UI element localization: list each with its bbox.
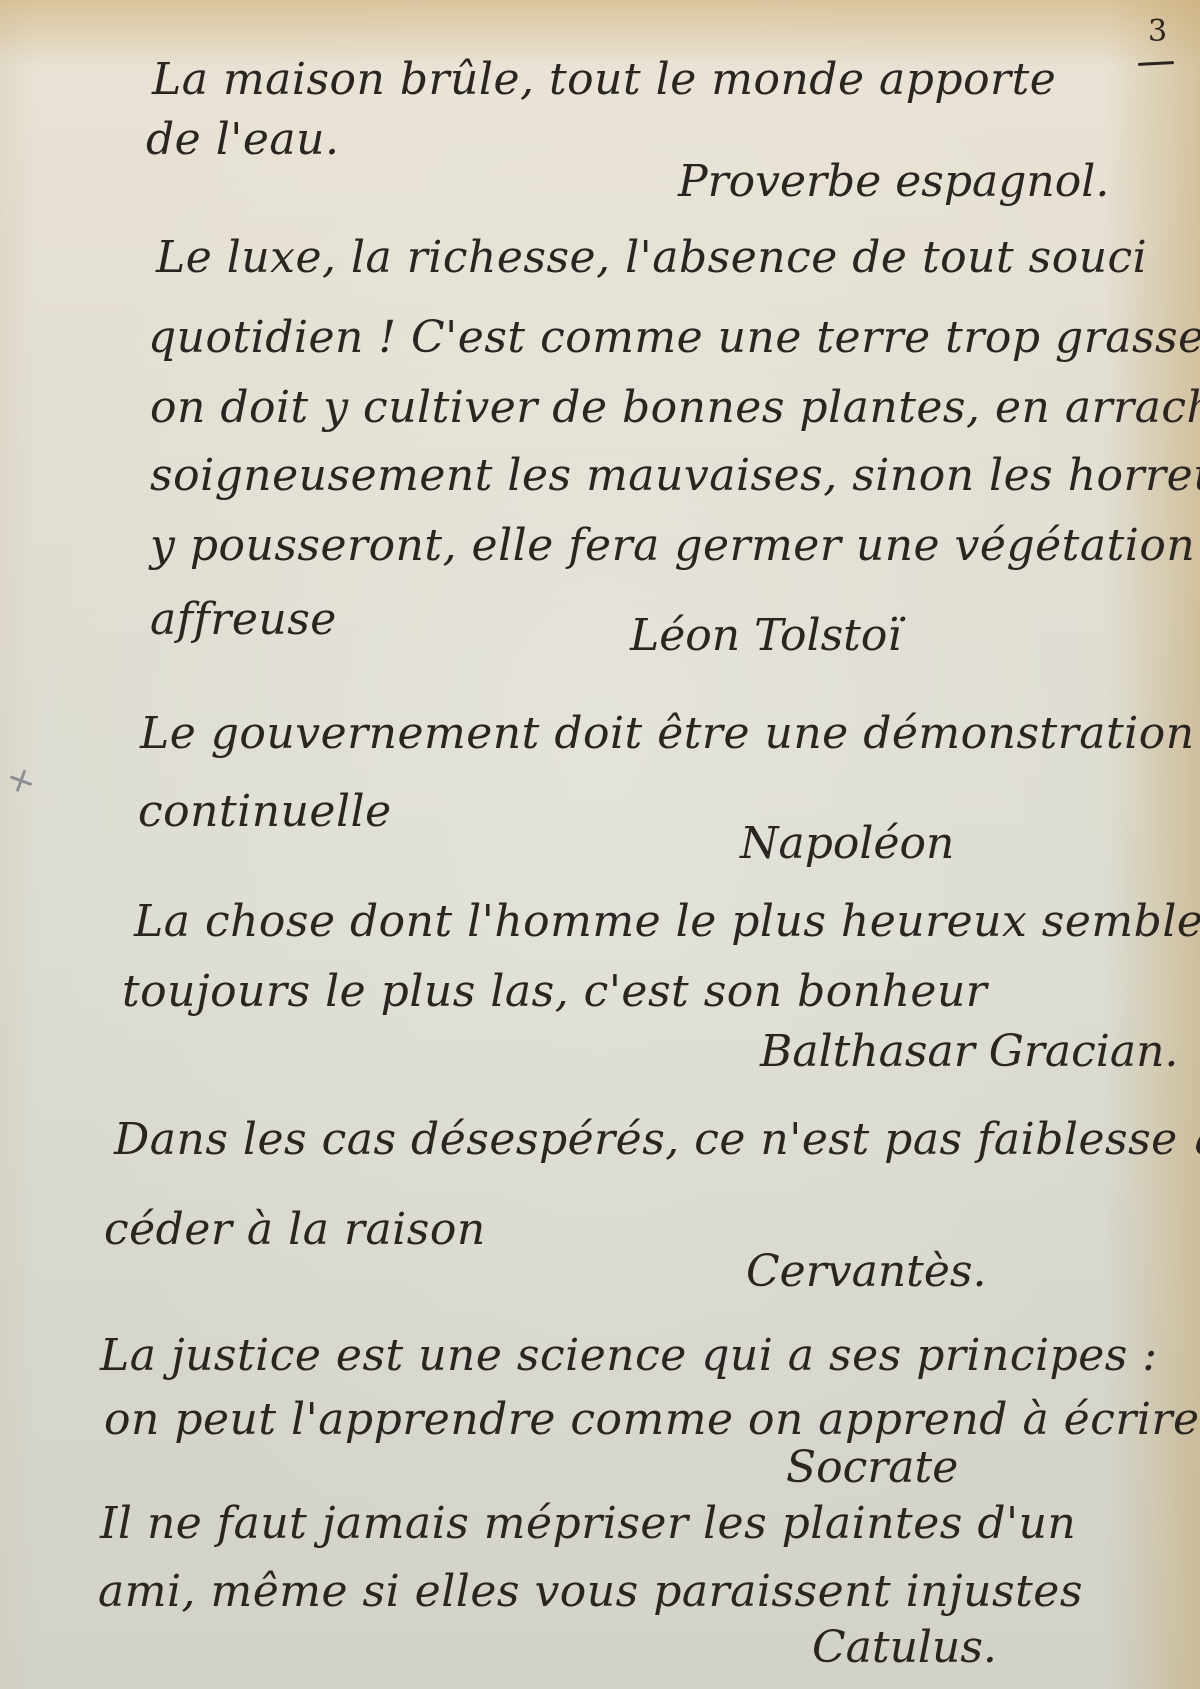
quote-line: toujours le plus las, c'est son bonheur bbox=[122, 970, 987, 1014]
pencil-margin-mark: + bbox=[0, 756, 42, 805]
quote-author: Napoléon bbox=[740, 822, 954, 866]
page-number-underline bbox=[1138, 61, 1174, 66]
quote-line: quotidien ! C'est comme une terre trop g… bbox=[148, 316, 1200, 360]
quote-line: céder à la raison bbox=[104, 1208, 486, 1252]
quote-line: La maison brûle, tout le monde apporte bbox=[152, 58, 1056, 102]
quote-line: ami, même si elles vous paraissent injus… bbox=[98, 1570, 1083, 1614]
quote-line: Le luxe, la richesse, l'absence de tout … bbox=[156, 236, 1147, 280]
quote-author: Léon Tolstoï bbox=[630, 614, 901, 658]
quote-line: La justice est une science qui a ses pri… bbox=[100, 1334, 1158, 1378]
quote-line: de l'eau. bbox=[146, 118, 339, 162]
quote-line: Dans les cas désespérés, ce n'est pas fa… bbox=[114, 1118, 1200, 1162]
page-number: 3 bbox=[1148, 14, 1167, 49]
quote-author: Cervantès. bbox=[746, 1250, 986, 1294]
quote-line: continuelle bbox=[138, 790, 392, 834]
quote-author: Catulus. bbox=[812, 1626, 997, 1670]
quote-author: Proverbe espagnol. bbox=[678, 160, 1109, 204]
quote-line: y pousseront, elle fera germer une végét… bbox=[150, 524, 1195, 568]
manuscript-page: 3 + La maison brûle, tout le monde appor… bbox=[0, 0, 1200, 1689]
quote-line: soigneusement les mauvaises, sinon les h… bbox=[150, 454, 1200, 498]
quote-author: Socrate bbox=[786, 1446, 958, 1490]
quote-line: Le gouvernement doit être une démonstrat… bbox=[140, 712, 1195, 756]
quote-line: Il ne faut jamais mépriser les plaintes … bbox=[100, 1502, 1076, 1546]
quote-line: affreuse bbox=[150, 598, 337, 642]
quote-author: Balthasar Gracian. bbox=[760, 1030, 1178, 1074]
quote-line: on doit y cultiver de bonnes plantes, en… bbox=[150, 386, 1200, 430]
quote-line: La chose dont l'homme le plus heureux se… bbox=[134, 900, 1200, 944]
quote-line: on peut l'apprendre comme on apprend à é… bbox=[104, 1398, 1200, 1442]
